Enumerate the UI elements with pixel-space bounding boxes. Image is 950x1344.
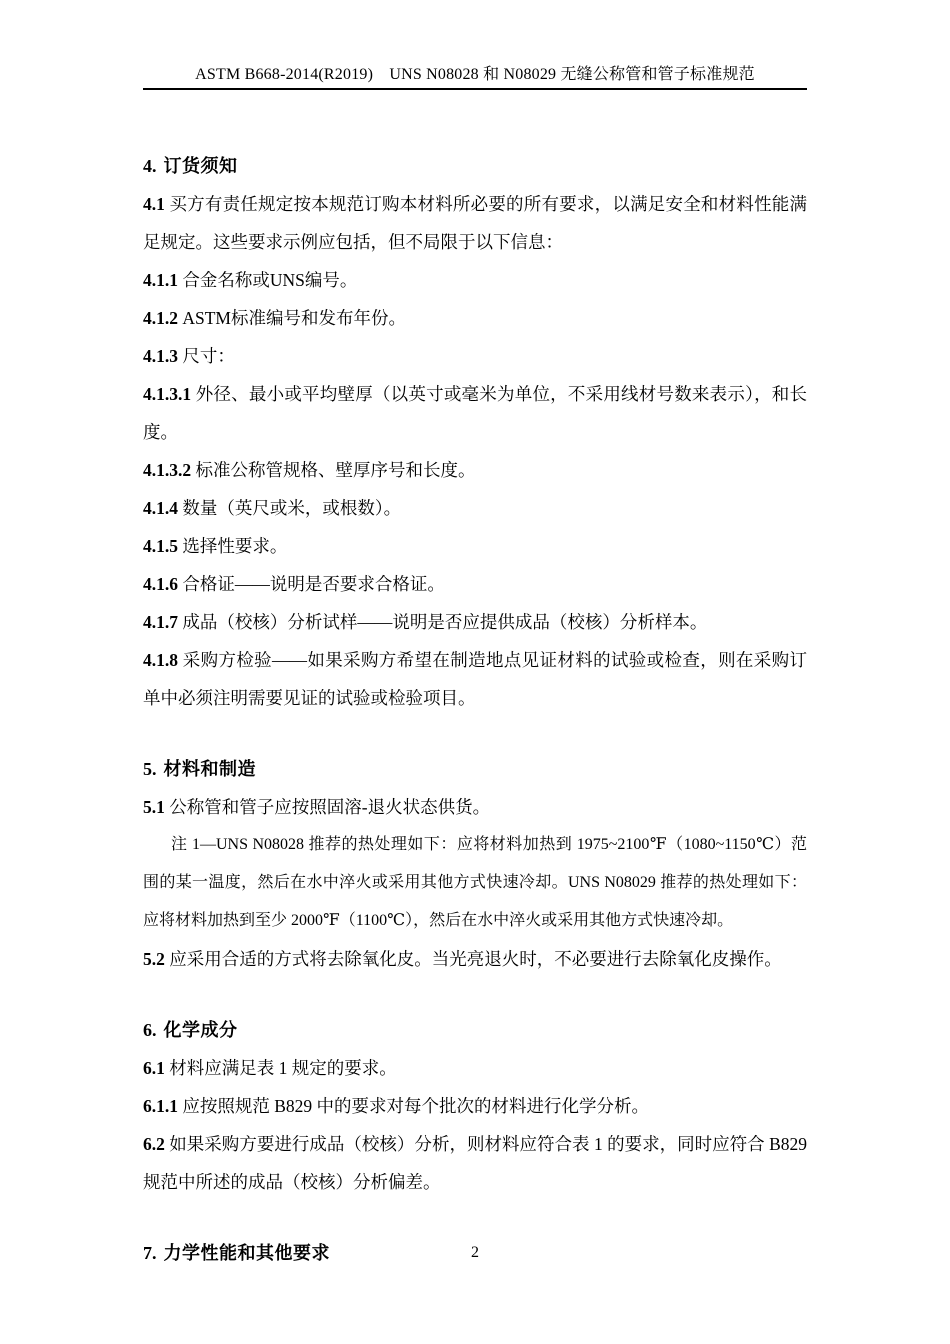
- paragraph-number: 4.1.2: [143, 308, 178, 328]
- body-paragraph: 5.1 公称管和管子应按照固溶-退火状态供货。: [143, 788, 807, 826]
- body-paragraph: 4.1.3 尺寸：: [143, 337, 807, 375]
- section-heading: 4.订货须知: [143, 147, 807, 185]
- section-heading: 6.化学成分: [143, 1011, 807, 1049]
- paragraph-number: 4.1.3: [143, 346, 178, 366]
- page-number: 2: [471, 1244, 479, 1261]
- section-title: 材料和制造: [164, 759, 257, 779]
- body-paragraph: 4.1.8 采购方检验——如果采购方希望在制造地点见证材料的试验或检查，则在采购…: [143, 641, 807, 717]
- paragraph-number: 6.2: [143, 1134, 165, 1154]
- body-paragraph: 6.1.1 应按照规范 B829 中的要求对每个批次的材料进行化学分析。: [143, 1087, 807, 1125]
- page-footer: 2: [0, 1240, 950, 1266]
- body-paragraph: 5.2 应采用合适的方式将去除氧化皮。当光亮退火时，不必要进行去除氧化皮操作。: [143, 940, 807, 978]
- page-header: ASTM B668-2014(R2019) UNS N08028 和 N0802…: [143, 0, 807, 90]
- paragraph-number: 4.1.8: [143, 650, 178, 670]
- section-number: 6.: [143, 1020, 157, 1040]
- paragraph-number: 4.1.1: [143, 270, 178, 290]
- body-paragraph: 4.1.5 选择性要求。: [143, 527, 807, 565]
- paragraph-number: 5.1: [143, 797, 165, 817]
- body-paragraph: 6.1 材料应满足表 1 规定的要求。: [143, 1049, 807, 1087]
- body-paragraph: 4.1.6 合格证——说明是否要求合格证。: [143, 565, 807, 603]
- body-paragraph: 6.2 如果采购方要进行成品（校核）分析，则材料应符合表 1 的要求，同时应符合…: [143, 1125, 807, 1201]
- paragraph-number: 4.1.5: [143, 536, 178, 556]
- body-paragraph: 4.1 买方有责任规定按本规范订购本材料所必要的所有要求，以满足安全和材料性能满…: [143, 185, 807, 261]
- paragraph-number: 6.1.1: [143, 1096, 178, 1116]
- paragraph-number: 4.1.3.2: [143, 460, 191, 480]
- body-paragraph: 4.1.3.1 外径、最小或平均壁厚（以英寸或毫米为单位，不采用线材号数来表示）…: [143, 375, 807, 451]
- paragraph-number: 6.1: [143, 1058, 165, 1078]
- body-paragraph: 4.1.3.2 标准公称管规格、壁厚序号和长度。: [143, 451, 807, 489]
- body-paragraph: 4.1.7 成品（校核）分析试样——说明是否应提供成品（校核）分析样本。: [143, 603, 807, 641]
- paragraph-number: 4.1.4: [143, 498, 178, 518]
- note-paragraph: 注 1—UNS N08028 推荐的热处理如下：应将材料加热到 1975~210…: [143, 826, 807, 940]
- paragraph-number: 4.1.6: [143, 574, 178, 594]
- body-paragraph: 4.1.2 ASTM标准编号和发布年份。: [143, 299, 807, 337]
- paragraph-number: 4.1.3.1: [143, 384, 191, 404]
- page-header-title: ASTM B668-2014(R2019) UNS N08028 和 N0802…: [195, 61, 755, 84]
- section-heading: 5.材料和制造: [143, 750, 807, 788]
- section-number: 4.: [143, 156, 157, 176]
- paragraph-number: 4.1.7: [143, 612, 178, 632]
- body-paragraph: 4.1.1 合金名称或UNS编号。: [143, 261, 807, 299]
- document-body: 4.订货须知4.1 买方有责任规定按本规范订购本材料所必要的所有要求，以满足安全…: [143, 90, 807, 1272]
- paragraph-number: 4.1: [143, 194, 165, 214]
- document-page: ASTM B668-2014(R2019) UNS N08028 和 N0802…: [0, 0, 950, 1344]
- section-number: 5.: [143, 759, 157, 779]
- body-paragraph: 4.1.4 数量（英尺或米，或根数）。: [143, 489, 807, 527]
- section-title: 订货须知: [164, 156, 238, 176]
- paragraph-number: 5.2: [143, 949, 165, 969]
- section-title: 化学成分: [164, 1020, 238, 1040]
